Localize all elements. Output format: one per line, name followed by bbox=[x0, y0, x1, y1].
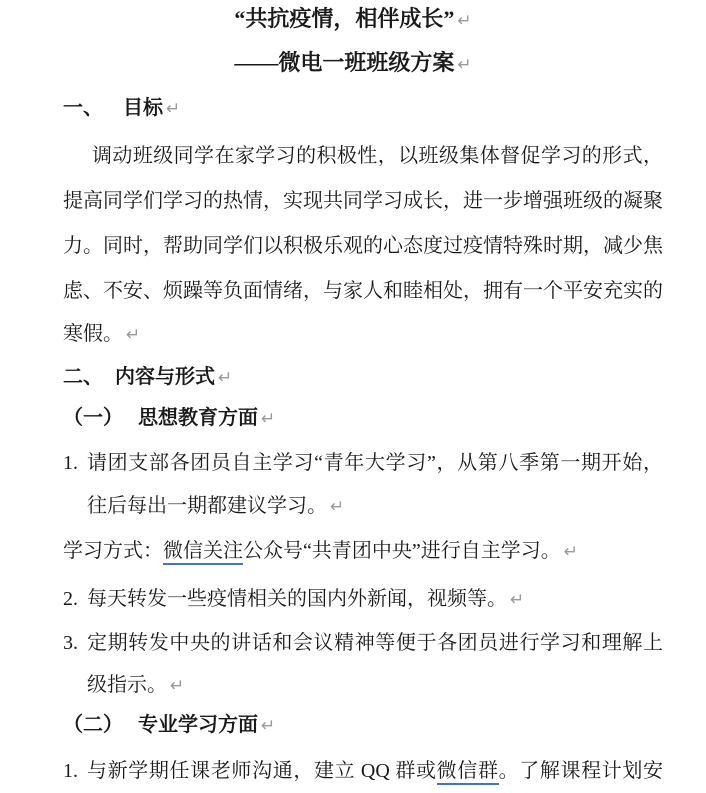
list-item-number: 2. bbox=[63, 584, 78, 614]
goal-paragraph-line: 调动班级同学在家学习的积极性，以班级集体督促学习的形式， bbox=[63, 141, 663, 171]
goal-paragraph-end: 寒假。 bbox=[63, 323, 123, 345]
heading-content-form-label: 内容与形式 bbox=[115, 366, 215, 388]
heading-ideology-label: 思想教育方面 bbox=[138, 407, 258, 429]
list-item-text: 往后每出一期都建议学习。 bbox=[87, 495, 327, 517]
heading-content-form-marker: 二、 bbox=[63, 366, 103, 388]
paragraph-mark-icon: ↵ bbox=[126, 325, 140, 345]
paragraph-mark-icon: ↵ bbox=[457, 55, 471, 75]
paragraph-mark-icon: ↵ bbox=[166, 99, 180, 119]
heading-content-form: 二、内容与形式↵ bbox=[63, 362, 663, 393]
heading-ideology-marker: （一） bbox=[63, 407, 123, 429]
paragraph-mark-icon: ↵ bbox=[564, 542, 578, 562]
doc-title: “共抗疫情，相伴成长”↵ bbox=[0, 4, 706, 36]
list-item-text: 与新学期任课老师沟通，建立 QQ 群或 bbox=[87, 760, 437, 782]
paragraph-mark-icon: ↵ bbox=[261, 409, 275, 429]
heading-ideology: （一）思想教育方面↵ bbox=[63, 403, 663, 434]
list-item-text: 定期转发中央的讲话和会议精神等便于各团员进行学习和理解上 bbox=[87, 632, 663, 654]
heading-professional-study-label: 专业学习方面 bbox=[138, 714, 258, 736]
paragraph-mark-icon: ↵ bbox=[170, 676, 184, 696]
doc-title-text: “共抗疫情，相伴成长” bbox=[234, 6, 454, 31]
paragraph-mark-icon: ↵ bbox=[261, 716, 275, 736]
list-item: 3.定期转发中央的讲话和会议精神等便于各团员进行学习和理解上 bbox=[63, 628, 663, 658]
paragraph-mark-icon: ↵ bbox=[330, 497, 344, 517]
paragraph-mark-icon: ↵ bbox=[457, 11, 471, 31]
heading-goal: 一、目标↵ bbox=[63, 93, 663, 124]
list-item-text: 。了解课程计划安 bbox=[499, 760, 663, 782]
note-prefix: 学习方式： bbox=[63, 540, 163, 562]
list-item-text: 每天转发一些疫情相关的国内外新闻，视频等。 bbox=[87, 588, 507, 610]
list-item-text: 级指示。 bbox=[87, 674, 167, 696]
goal-paragraph-line: 力。同时，帮助同学们以积极乐观的心态度过疫情特殊时期，减少焦 bbox=[63, 231, 663, 261]
note-underlined-text: 微信关注 bbox=[163, 540, 243, 565]
heading-professional-study: （二）专业学习方面↵ bbox=[63, 710, 663, 741]
heading-goal-marker: 一、 bbox=[63, 97, 103, 119]
goal-paragraph-line: 虑、不安、烦躁等负面情绪，与家人和睦相处，拥有一个平安充实的 bbox=[63, 276, 663, 306]
list-item-text: 请团支部各团员自主学习“青年大学习”，从第八季第一期开始， bbox=[87, 452, 663, 474]
list-item-number: 3. bbox=[63, 628, 78, 658]
paragraph-mark-icon: ↵ bbox=[218, 368, 232, 388]
heading-professional-study-marker: （二） bbox=[63, 714, 123, 736]
doc-subtitle: ——微电一班班级方案↵ bbox=[0, 48, 706, 80]
paragraph-mark-icon: ↵ bbox=[510, 590, 524, 610]
list-item: 1.与新学期任课老师沟通，建立 QQ 群或微信群。了解课程计划安 bbox=[63, 756, 663, 786]
study-method-note: 学习方式：微信关注公众号“共青团中央”进行自主学习。↵ bbox=[63, 536, 663, 567]
heading-goal-label: 目标 bbox=[123, 97, 163, 119]
list-item: 1.请团支部各团员自主学习“青年大学习”，从第八季第一期开始， bbox=[63, 448, 663, 478]
list-item-continuation: 往后每出一期都建议学习。↵ bbox=[63, 491, 663, 522]
list-item-underlined-text: 微信群 bbox=[437, 760, 499, 785]
list-item-number: 1. bbox=[63, 448, 78, 478]
doc-subtitle-text: ——微电一班班级方案 bbox=[234, 50, 454, 75]
goal-paragraph-line: 提高同学们学习的热情，实现共同学习成长，进一步增强班级的凝聚 bbox=[63, 186, 663, 216]
document-page[interactable]: “共抗疫情，相伴成长”↵ ——微电一班班级方案↵ 一、目标↵ 调动班级同学在家学… bbox=[0, 0, 706, 793]
goal-paragraph-line: 寒假。↵ bbox=[63, 319, 663, 350]
list-item: 2.每天转发一些疫情相关的国内外新闻，视频等。↵ bbox=[63, 584, 663, 615]
list-item-number: 1. bbox=[63, 756, 78, 786]
note-suffix: 公众号“共青团中央”进行自主学习。 bbox=[243, 540, 561, 562]
list-item-continuation: 级指示。↵ bbox=[63, 670, 663, 701]
